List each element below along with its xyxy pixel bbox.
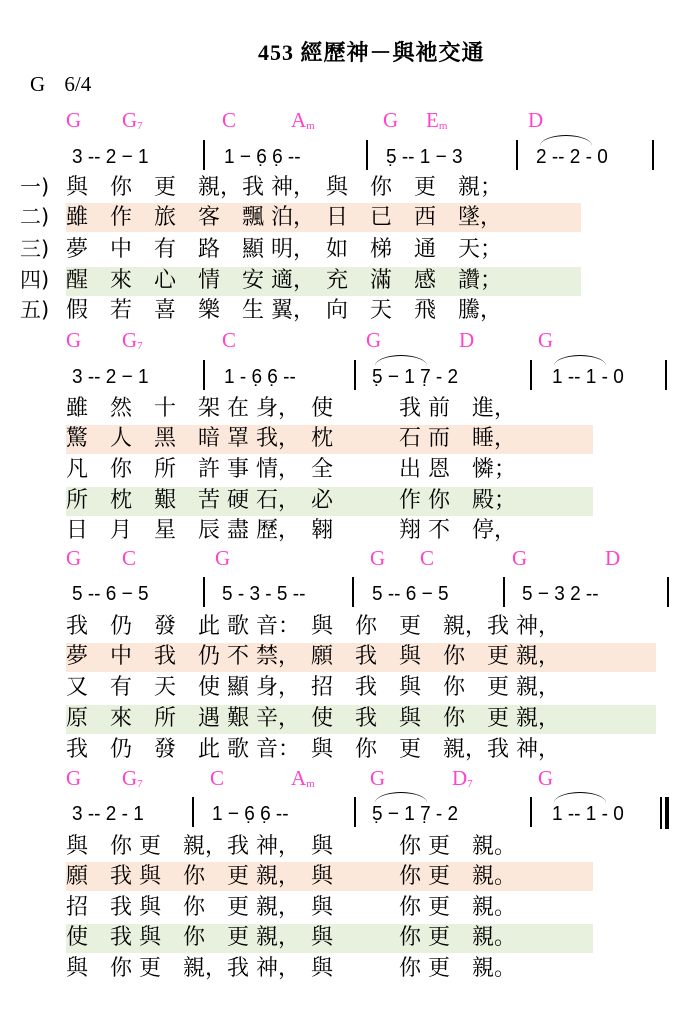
measure: 5 -- 6 − 5	[372, 584, 449, 604]
hymn-title: 453 經歷神－與祂交通	[258, 36, 485, 67]
chord: G	[66, 330, 81, 351]
barline	[203, 360, 205, 390]
measure: 1 -- 1 - 0	[552, 804, 624, 824]
lyric-line: 與 你 更 親，我 神， 與 你 更 親。	[66, 836, 516, 858]
verse-number: 二)	[20, 207, 49, 228]
measure: 3 -- 2 − 1	[72, 147, 149, 167]
lyric-line: 所 枕 艱 苦 硬 石， 必 作 你 殿；	[66, 490, 516, 512]
lyric-line: 使 我 與 你 更 親， 與 你 更 親。	[66, 927, 516, 949]
measure: 1 − 6̣ 6̣ --	[212, 804, 289, 824]
lyric-line: 我 仍 發 此 歌 音： 與 你 更 親，我 神，	[66, 616, 560, 638]
tie-arc	[375, 792, 427, 803]
lyric-line: 雖 然 十 架 在 身， 使 我 前 進，	[66, 398, 516, 420]
chord: C	[122, 548, 136, 569]
measure: 1 − 6̣ 6̣ --	[224, 147, 301, 167]
chord: G	[538, 330, 553, 351]
chord: G	[512, 548, 527, 569]
chord: G	[383, 110, 398, 131]
lyric-line: 與 你 更 親，我 神， 與 你 更 親；	[66, 177, 502, 199]
verse-number: 五)	[20, 300, 49, 321]
barline	[352, 577, 354, 607]
barline	[192, 797, 194, 827]
chord: G	[66, 110, 81, 131]
verse-number: 三)	[20, 239, 49, 260]
lyric-line: 假 若 喜 樂 生 翼， 向 天 飛 騰，	[66, 300, 502, 322]
lyric-line: 凡 你 所 許 事 情， 全 出 恩 憐；	[66, 459, 516, 481]
barline	[354, 797, 356, 827]
barline	[503, 577, 505, 607]
chord: G7	[122, 768, 143, 790]
chord: D	[528, 110, 543, 131]
barline	[516, 140, 518, 170]
chord: G	[215, 548, 230, 569]
measure: 5̣ − 1 7̣ - 2	[372, 804, 458, 824]
chord: G7	[122, 110, 143, 132]
barline	[530, 360, 532, 390]
measure: 1 - 6̣ 6̣ --	[224, 367, 296, 387]
chord: D	[605, 548, 620, 569]
tie-arc	[554, 792, 606, 803]
barline	[667, 577, 669, 607]
barline	[665, 360, 667, 390]
barline	[366, 140, 368, 170]
barline	[652, 140, 654, 170]
chord: Am	[291, 110, 315, 132]
final-barline-thin	[660, 797, 662, 829]
chord: G	[370, 768, 385, 789]
lyric-line: 日 月 星 辰 盡 歷， 翱 翔 不 停，	[66, 520, 516, 542]
measure: 5̣ − 1 7̣ - 2	[372, 367, 458, 387]
verse-number: 四)	[20, 270, 49, 291]
chord: Em	[426, 110, 447, 132]
barline	[203, 577, 205, 607]
lyric-line: 夢 中 有 路 顯 明， 如 梯 通 天；	[66, 239, 502, 261]
chord: G	[66, 548, 81, 569]
chord: C	[420, 548, 434, 569]
measure: 3 -- 2 − 1	[72, 367, 149, 387]
chord: C	[222, 330, 236, 351]
lyric-line: 與 你 更 親，我 神， 與 你 更 親。	[66, 958, 516, 980]
barline	[354, 360, 356, 390]
chord: G	[538, 768, 553, 789]
final-barline-thick	[665, 797, 669, 829]
chord: D7	[452, 768, 473, 790]
lyric-line: 願 我 與 你 更 親， 與 你 更 親。	[66, 866, 516, 888]
lyric-line: 我 仍 發 此 歌 音： 與 你 更 親，我 神，	[66, 739, 560, 761]
chord: C	[222, 110, 236, 131]
lyric-line: 原 來 所 遇 艱 辛， 使 我 與 你 更 親，	[66, 708, 560, 730]
tie-arc	[375, 355, 427, 366]
lyric-line: 夢 中 我 仍 不 禁， 願 我 與 你 更 親，	[66, 646, 560, 668]
chord: G7	[122, 330, 143, 352]
measure: 2 -- 2 - 0	[536, 147, 608, 167]
barline	[203, 140, 205, 170]
chord: G	[366, 330, 381, 351]
lyric-line: 驚 人 黑 暗 罩 我， 枕 石 而 睡，	[66, 428, 516, 450]
measure: 1 -- 1 - 0	[552, 367, 624, 387]
lyric-line: 雖 作 旅 客 飄 泊， 日 已 西 墜，	[66, 207, 502, 229]
lyric-line: 醒 來 心 情 安 適， 充 滿 感 讚；	[66, 270, 502, 292]
measure: 3 -- 2 - 1	[72, 804, 144, 824]
chord: Am	[291, 768, 315, 790]
tie-arc	[554, 355, 606, 366]
key-signature: G 6/4	[30, 72, 91, 97]
verse-number: 一)	[20, 177, 49, 198]
measure: 5 − 3 2 --	[522, 584, 599, 604]
measure: 5̣ -- 1 − 3	[386, 147, 463, 167]
tie-arc	[540, 135, 592, 146]
chord: C	[210, 768, 224, 789]
lyric-line: 又 有 天 使 顯 身， 招 我 與 你 更 親，	[66, 677, 560, 699]
measure: 5 -- 6 − 5	[72, 584, 149, 604]
chord: G	[66, 768, 81, 789]
barline	[530, 797, 532, 827]
measure: 5 - 3 - 5 --	[222, 584, 305, 604]
lyric-line: 招 我 與 你 更 親， 與 你 更 親。	[66, 897, 516, 919]
chord: D	[459, 330, 474, 351]
chord: G	[370, 548, 385, 569]
